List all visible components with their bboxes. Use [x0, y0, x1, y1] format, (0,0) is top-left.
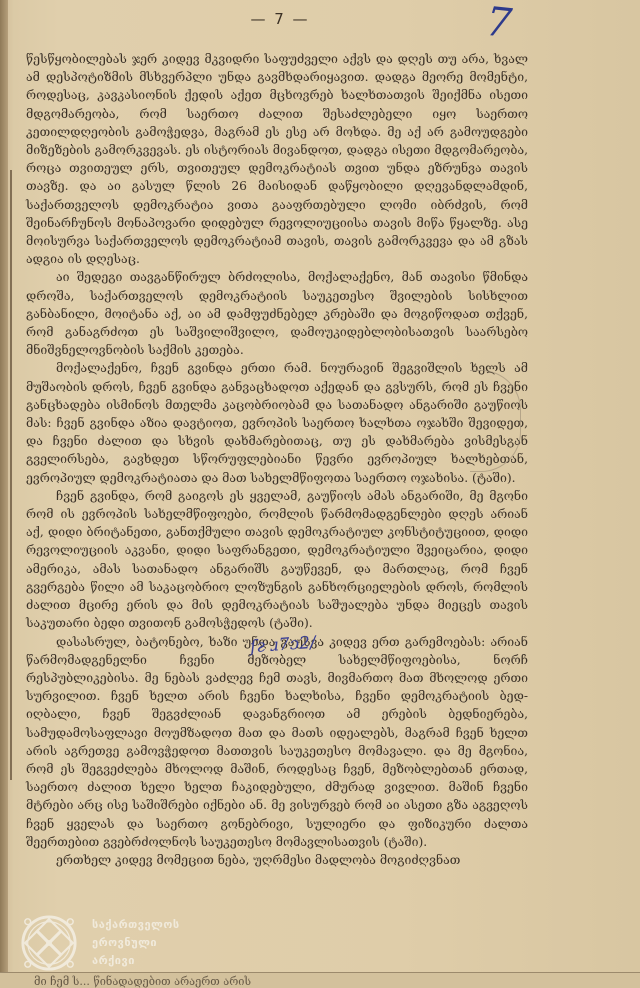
paragraph: აი შედეგი თავგანწირულ ბრძოლისა, მოქალაქე…: [26, 268, 528, 359]
paragraph: მოქალაქენო, ჩვენ გვინდა ერთი რამ. ნოურავ…: [26, 359, 528, 486]
archival-page: — 7 — 7 წესწყობილებას ჯერ კიდევ მკვიდრი …: [0, 0, 640, 988]
watermark-line-2: ეროვნული: [92, 934, 180, 952]
paragraph: წესწყობილებას ჯერ კიდევ მკვიდრი საფუძველ…: [26, 50, 528, 268]
document-body: წესწყობილებას ჯერ კიდევ მკვიდრი საფუძველ…: [26, 50, 528, 869]
archive-watermark: საქართველოს ეროვნული არქივი: [20, 914, 180, 972]
paragraph: დასასრულ, ბატონებო, ხაზი უნდა გაუსვა კიდ…: [26, 633, 528, 851]
georgian-knot-icon: [20, 914, 78, 972]
paragraph: ჩვენ გვინდა, რომ გაიგოს ეს ყველამ, გაუწი…: [26, 487, 528, 633]
paragraph: ერთხელ კიდევ მომეცით ნება, უღრმესი მადლო…: [26, 851, 528, 869]
next-page-cut-off-line: მი ჩემ ს... წინადადებით არაერთ არის: [34, 975, 251, 988]
binding-stitch-line: [10, 170, 12, 780]
watermark-line-1: საქართველოს: [92, 916, 180, 934]
handwritten-folio-number: 7: [484, 0, 514, 47]
page-binding-edge: [0, 0, 8, 988]
page-number: — 7 —: [0, 10, 560, 28]
watermark-line-3: არქივი: [92, 952, 180, 970]
